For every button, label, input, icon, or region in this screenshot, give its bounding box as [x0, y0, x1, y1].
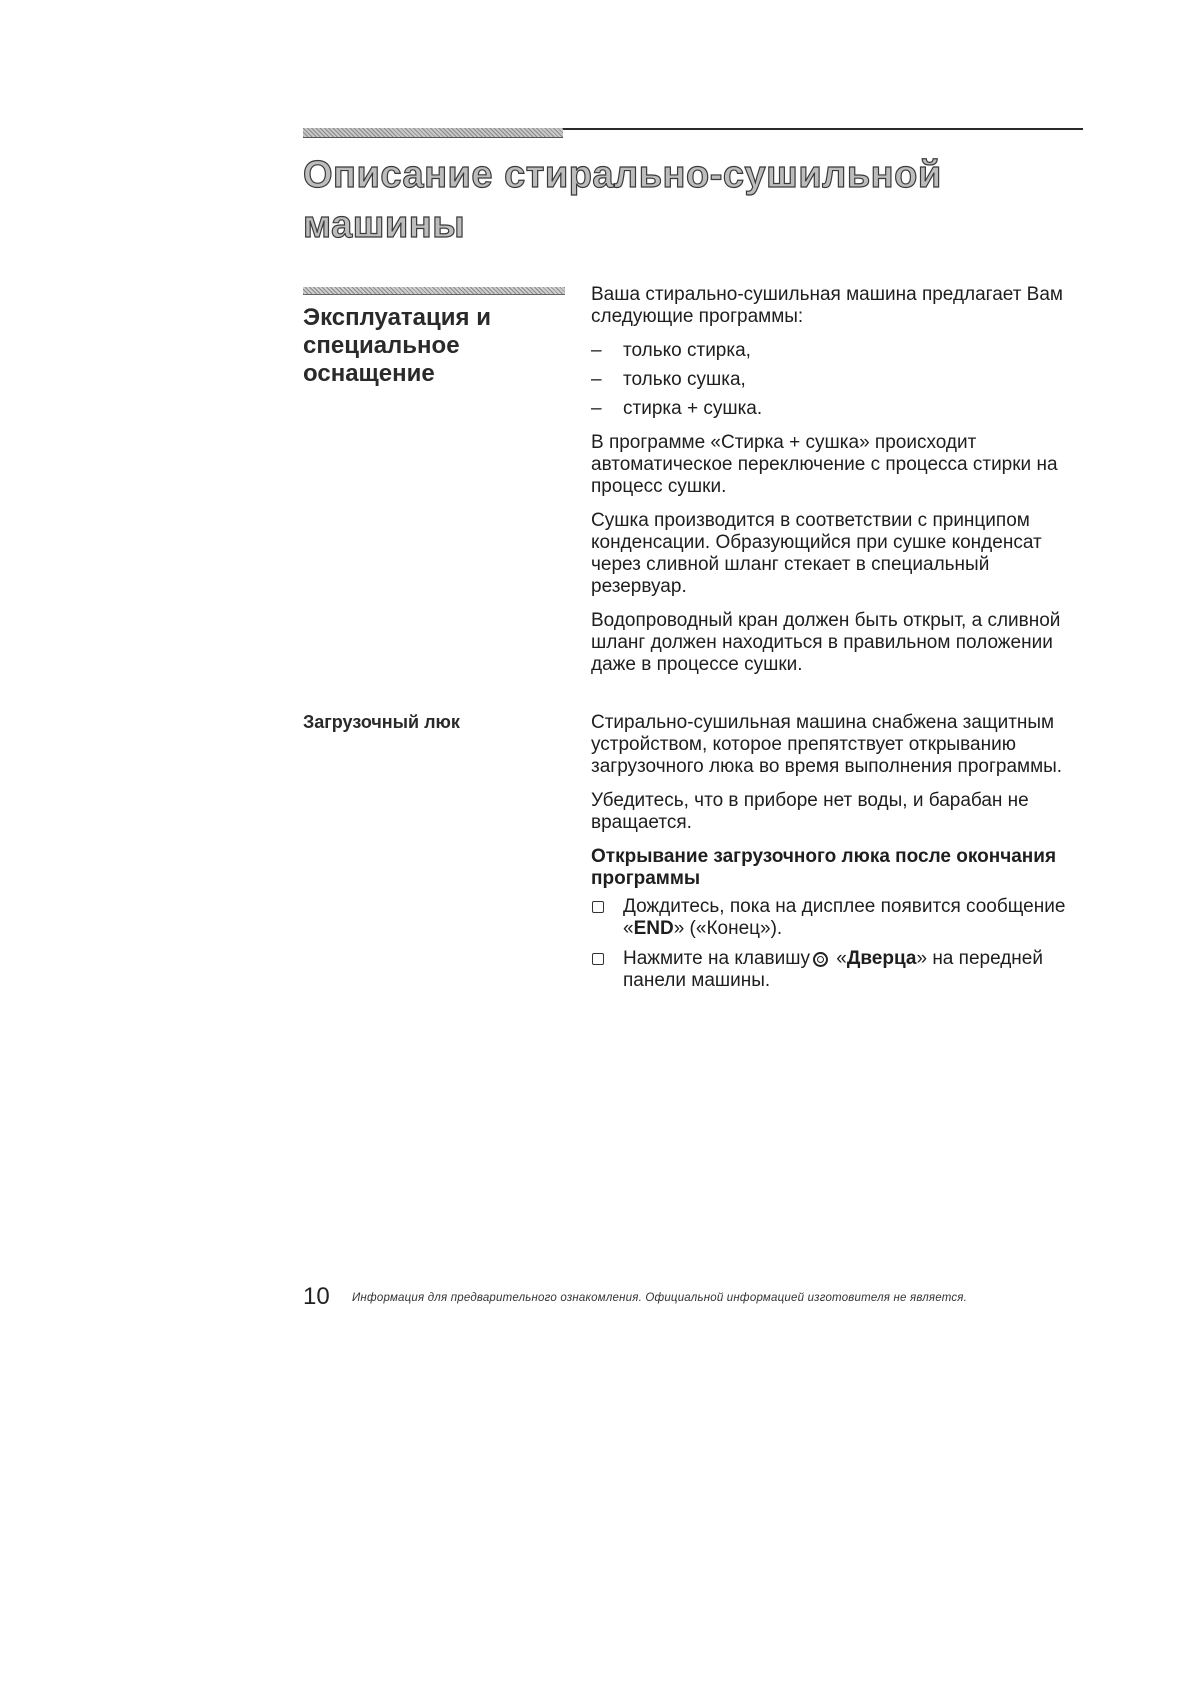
list-item: –только сушка, [591, 369, 1085, 391]
dash-marker: – [591, 340, 602, 362]
section-body: Ваша стирально-сушильная машина предлага… [591, 284, 1085, 688]
checkbox-bullet-icon [592, 953, 604, 965]
paragraph: Стирально-сушильная машина снабжена защи… [591, 712, 1085, 778]
list-item: Нажмите на клавишу «Дверца» на передней … [591, 948, 1085, 992]
list-item: –только стирка, [591, 340, 1085, 362]
paragraph: Убедитесь, что в приборе нет воды, и бар… [591, 790, 1085, 834]
step-list: Дождитесь, пока на дисплее появится сооб… [591, 896, 1085, 992]
section-shaded-bar [303, 287, 565, 295]
list-item: Дождитесь, пока на дисплее появится сооб… [591, 896, 1085, 940]
dash-marker: – [591, 398, 602, 420]
header-shaded-bar [303, 128, 563, 138]
door-side-label: Загрузочный люк [303, 712, 460, 733]
dash-marker: – [591, 369, 602, 391]
door-button-icon [813, 952, 828, 967]
intro-paragraph: Ваша стирально-сушильная машина предлага… [591, 284, 1085, 328]
page-title: Описание стирально-сушильной машины [303, 150, 1083, 250]
list-item: –стирка + сушка. [591, 398, 1085, 420]
door-body: Стирально-сушильная машина снабжена защи… [591, 712, 1085, 1000]
page-number: 10 [303, 1283, 330, 1311]
section-heading: Эксплуатация и специальное оснащение [303, 304, 563, 388]
paragraph: Водопроводный кран должен быть открыт, а… [591, 610, 1085, 676]
subheading: Открывание загрузочного люка после оконч… [591, 846, 1085, 890]
paragraph: Сушка производится в соответствии с прин… [591, 510, 1085, 598]
footer-disclaimer: Информация для предварительного ознакомл… [352, 1292, 967, 1304]
header-rule [563, 128, 1083, 130]
checkbox-bullet-icon [592, 901, 604, 913]
program-list: –только стирка, –только сушка, –стирка +… [591, 340, 1085, 420]
paragraph: В программе «Стирка + сушка» происходит … [591, 432, 1085, 498]
